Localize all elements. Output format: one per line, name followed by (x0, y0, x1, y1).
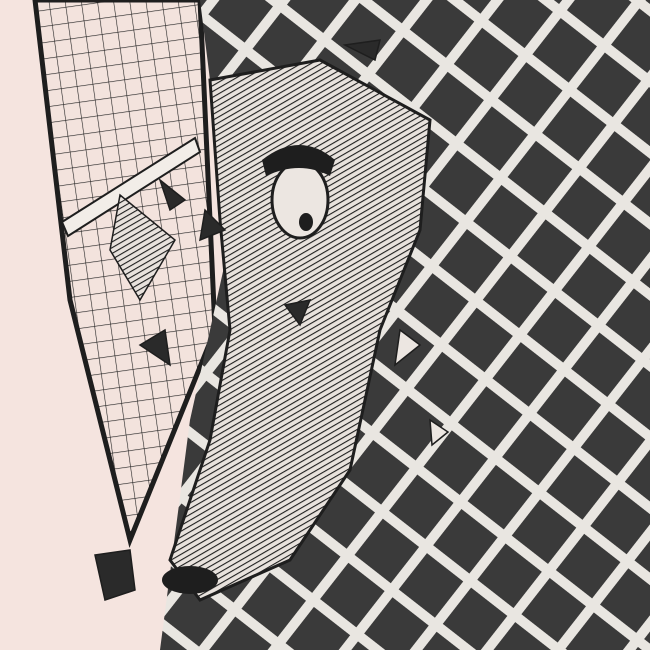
screaming-mouth (299, 213, 313, 231)
shoe (162, 566, 218, 594)
ink-illustration (0, 0, 650, 650)
